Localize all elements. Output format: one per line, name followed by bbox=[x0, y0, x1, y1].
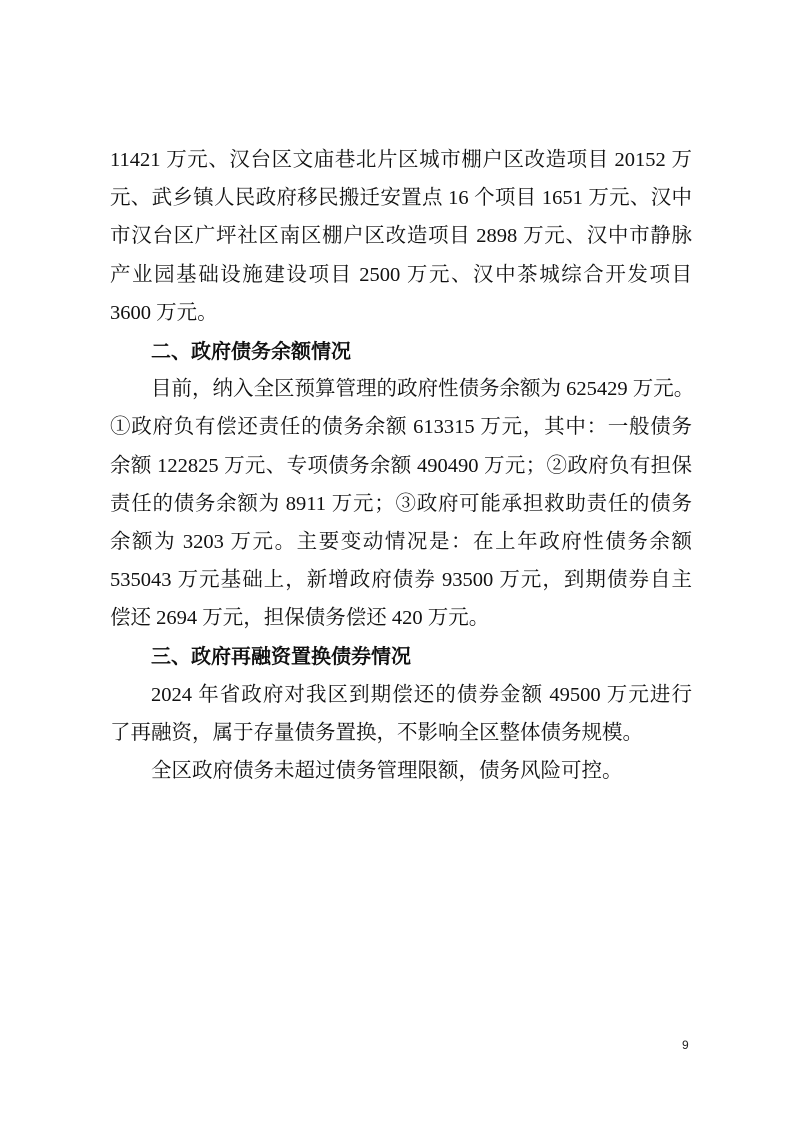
paragraph-line: 余额 122825 万元、专项债务余额 490490 万元；②政府负有担保 bbox=[110, 447, 692, 485]
paragraph-line: 责任的债务余额为 8911 万元；③政府可能承担救助责任的债务 bbox=[110, 485, 692, 523]
paragraph-line: 偿还 2694 万元，担保债务偿还 420 万元。 bbox=[110, 599, 692, 637]
paragraph-line: 2024 年省政府对我区到期偿还的债券金额 49500 万元进行 bbox=[110, 676, 692, 714]
paragraph-line: 目前，纳入全区预算管理的政府性债务余额为 625429 万元。 bbox=[110, 370, 692, 408]
page-number: 9 bbox=[682, 1038, 689, 1052]
paragraph-line: 全区政府债务未超过债务管理限额，债务风险可控。 bbox=[110, 752, 692, 790]
document-page: 11421 万元、汉台区文庙巷北片区城市棚户区改造项目 20152 万 元、武乡… bbox=[0, 0, 793, 1122]
paragraph-line: 市汉台区广坪社区南区棚户区改造项目 2898 万元、汉中市静脉 bbox=[110, 217, 692, 255]
paragraph-line: 余额为 3203 万元。主要变动情况是：在上年政府性债务余额 bbox=[110, 523, 692, 561]
document-body: 11421 万元、汉台区文庙巷北片区城市棚户区改造项目 20152 万 元、武乡… bbox=[110, 141, 692, 790]
section-heading-refinancing: 三、政府再融资置换债券情况 bbox=[110, 637, 692, 675]
paragraph-line: 元、武乡镇人民政府移民搬迁安置点 16 个项目 1651 万元、汉中 bbox=[110, 179, 692, 217]
section-heading-debt-balance: 二、政府债务余额情况 bbox=[110, 332, 692, 370]
paragraph-line: 535043 万元基础上，新增政府债券 93500 万元，到期债券自主 bbox=[110, 561, 692, 599]
paragraph-line: ①政府负有偿还责任的债务余额 613315 万元，其中：一般债务 bbox=[110, 408, 692, 446]
paragraph-line: 产业园基础设施建设项目 2500 万元、汉中茶城综合开发项目 bbox=[110, 256, 692, 294]
paragraph-line: 3600 万元。 bbox=[110, 294, 692, 332]
paragraph-line: 了再融资，属于存量债务置换，不影响全区整体债务规模。 bbox=[110, 714, 692, 752]
paragraph-line: 11421 万元、汉台区文庙巷北片区城市棚户区改造项目 20152 万 bbox=[110, 141, 692, 179]
